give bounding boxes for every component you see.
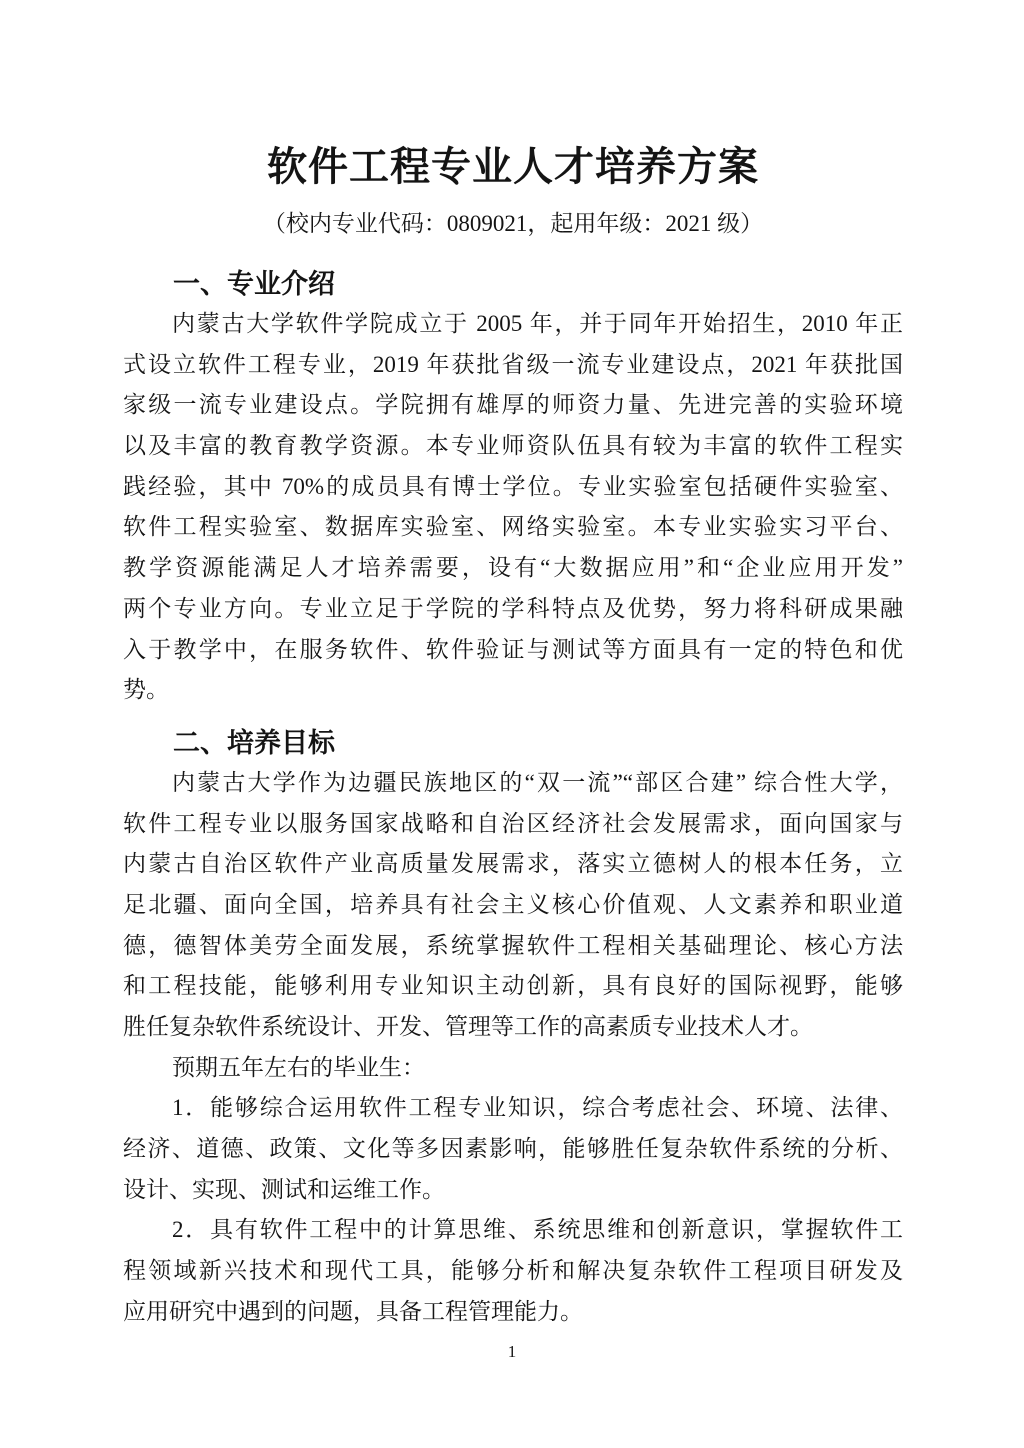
text-line: 胜任复杂软件系统设计、开发、管理等工作的高素质专业技术人才。	[123, 1007, 903, 1048]
text-line: 内蒙古自治区软件产业高质量发展需求，落实立德树人的根本任务，立	[123, 844, 903, 885]
text-line: 以及丰富的教育教学资源。本专业师资队伍具有较为丰富的软件工程实	[123, 426, 903, 467]
section-heading-1: 一、专业介绍	[123, 264, 903, 304]
text-line: 预期五年左右的毕业生：	[123, 1048, 903, 1089]
document-subtitle: （校内专业代码：0809021，起用年级：2021 级）	[123, 206, 903, 242]
text-line: 内蒙古大学软件学院成立于 2005 年，并于同年开始招生，2010 年正	[123, 304, 903, 345]
paragraph-intro: 内蒙古大学软件学院成立于 2005 年，并于同年开始招生，2010 年正 式设立…	[123, 304, 903, 711]
text-line: 教学资源能满足人才培养需要，设有“大数据应用”和“企业应用开发”	[123, 548, 903, 589]
document-content: 软件工程专业人才培养方案 （校内专业代码：0809021，起用年级：2021 级…	[123, 0, 903, 1333]
text-line: 践经验，其中 70%的成员具有博士学位。专业实验室包括硬件实验室、	[123, 467, 903, 508]
section-heading-2: 二、培养目标	[123, 723, 903, 763]
text-line: 两个专业方向。专业立足于学院的学科特点及优势，努力将科研成果融	[123, 589, 903, 630]
text-line: 内蒙古大学作为边疆民族地区的“双一流”“部区合建” 综合性大学，	[123, 763, 903, 804]
paragraph-goal-item-2: 2．具有软件工程中的计算思维、系统思维和创新意识，掌握软件工 程领域新兴技术和现…	[123, 1210, 903, 1332]
text-line: 1．能够综合运用软件工程专业知识，综合考虑社会、环境、法律、	[123, 1088, 903, 1129]
page-number: 1	[0, 1340, 1024, 1364]
text-line: 足北疆、面向全国，培养具有社会主义核心价值观、人文素养和职业道	[123, 885, 903, 926]
paragraph-goal-item-1: 1．能够综合运用软件工程专业知识，综合考虑社会、环境、法律、 经济、道德、政策、…	[123, 1088, 903, 1210]
paragraph-goals: 内蒙古大学作为边疆民族地区的“双一流”“部区合建” 综合性大学， 软件工程专业以…	[123, 763, 903, 1048]
text-line: 设计、实现、测试和运维工作。	[123, 1170, 903, 1211]
text-line: 软件工程专业以服务国家战略和自治区经济社会发展需求，面向国家与	[123, 804, 903, 845]
text-line: 2．具有软件工程中的计算思维、系统思维和创新意识，掌握软件工	[123, 1210, 903, 1251]
text-line: 经济、道德、政策、文化等多因素影响，能够胜任复杂软件系统的分析、	[123, 1129, 903, 1170]
text-line: 软件工程实验室、数据库实验室、网络实验室。本专业实验实习平台、	[123, 507, 903, 548]
paragraph-graduates-lead: 预期五年左右的毕业生：	[123, 1048, 903, 1089]
document-page: 软件工程专业人才培养方案 （校内专业代码：0809021，起用年级：2021 级…	[0, 0, 1024, 1448]
text-line: 应用研究中遇到的问题，具备工程管理能力。	[123, 1292, 903, 1333]
text-line: 程领域新兴技术和现代工具，能够分析和解决复杂软件工程项目研发及	[123, 1251, 903, 1292]
text-line: 家级一流专业建设点。学院拥有雄厚的师资力量、先进完善的实验环境	[123, 385, 903, 426]
text-line: 式设立软件工程专业，2019 年获批省级一流专业建设点，2021 年获批国	[123, 345, 903, 386]
text-line: 势。	[123, 670, 903, 711]
text-line: 入于教学中，在服务软件、软件验证与测试等方面具有一定的特色和优	[123, 630, 903, 671]
text-line: 和工程技能，能够利用专业知识主动创新，具有良好的国际视野，能够	[123, 966, 903, 1007]
text-line: 德，德智体美劳全面发展，系统掌握软件工程相关基础理论、核心方法	[123, 926, 903, 967]
document-title: 软件工程专业人才培养方案	[123, 142, 903, 192]
